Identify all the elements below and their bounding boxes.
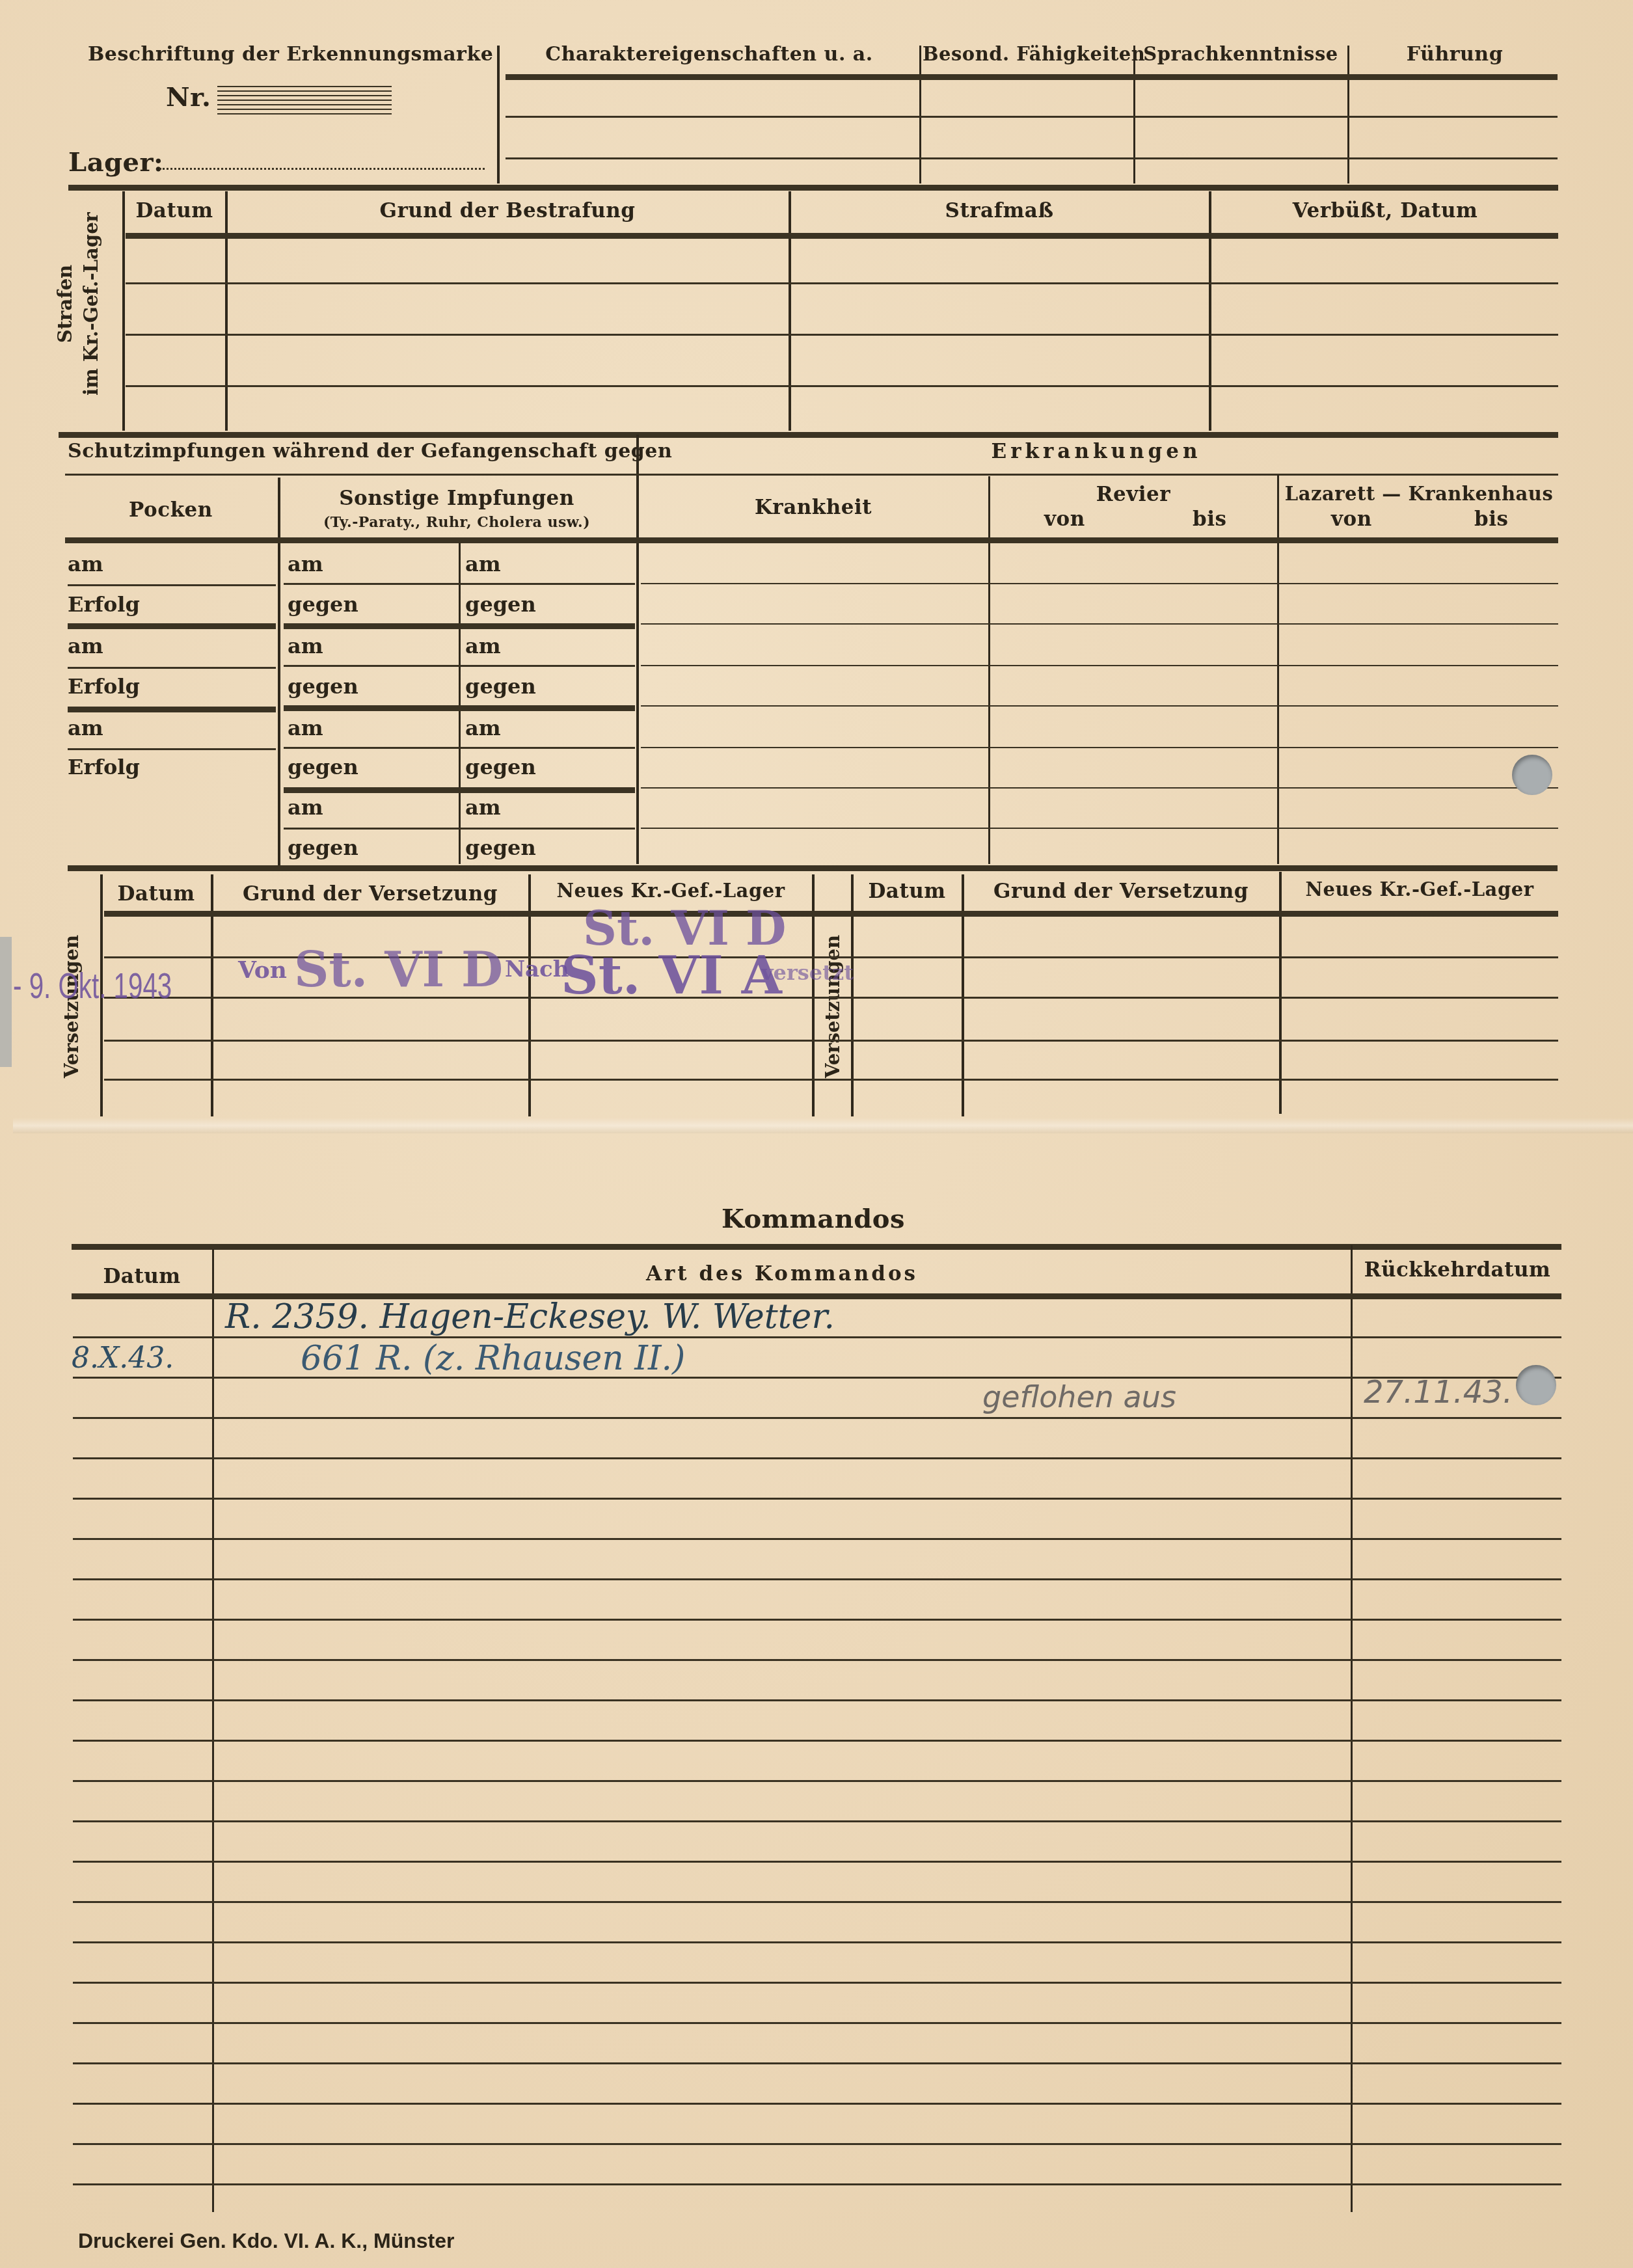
col-datum: Datum — [125, 199, 224, 223]
col-kommando-datum: Datum — [73, 1265, 211, 1288]
pocken-erfolg-3: Erfolg — [68, 755, 140, 779]
divider — [919, 46, 921, 183]
lazarett-von: von — [1331, 507, 1372, 531]
strafen-side-label-1: Strafen — [54, 206, 76, 401]
sonstige-gegen: gegen — [465, 835, 536, 860]
sonstige-am: am — [288, 795, 323, 820]
rule — [73, 1336, 1561, 1338]
rule — [104, 1040, 1558, 1042]
sonstige-am: am — [288, 552, 323, 576]
rule — [73, 1699, 1561, 1701]
col-grund-left: Grund der Versetzung — [213, 882, 527, 906]
pocken-erfolg-2: Erfolg — [68, 674, 140, 699]
divider — [1351, 1245, 1353, 2212]
rule — [284, 828, 635, 830]
rule — [73, 1457, 1561, 1459]
punch-hole — [1512, 755, 1552, 795]
rule — [73, 2022, 1561, 2024]
revier-von: von — [1044, 507, 1085, 531]
stamp-from-camp: St. VI D — [294, 942, 503, 998]
rule — [73, 1820, 1561, 1822]
sonstige-gegen: gegen — [465, 755, 536, 779]
rule — [73, 1377, 1561, 1379]
rule — [506, 157, 1558, 159]
rule — [65, 474, 1558, 476]
printer-imprint: Druckerei Gen. Kdo. VI. A. K., Münster — [78, 2229, 454, 2253]
col-sprachkenntnisse: Sprachkenntnisse — [1136, 43, 1345, 65]
divider — [1277, 475, 1279, 864]
rule — [126, 282, 1558, 284]
rule — [641, 747, 1558, 748]
rule — [506, 74, 1558, 80]
versetzungen-side-label-left: Versetzungen — [61, 922, 83, 1091]
stamp-von: Von — [238, 956, 287, 984]
col-faehigkeiten: Besond. Fähigkeiten — [923, 43, 1132, 65]
divider — [1209, 191, 1211, 431]
col-neues-lager-right: Neues Kr.-Gef.-Lager — [1282, 878, 1558, 900]
revier-bis: bis — [1193, 507, 1226, 531]
col-neues-lager-left: Neues Kr.-Gef.-Lager — [531, 880, 811, 902]
rule — [68, 584, 276, 586]
divider — [1347, 46, 1349, 183]
divider — [459, 543, 461, 864]
col-art-kommandos: Art des Kommandos — [215, 1262, 1349, 1286]
rule — [284, 665, 635, 667]
sonstige-gegen: gegen — [288, 674, 358, 699]
rule — [68, 185, 1558, 191]
rule — [104, 911, 1558, 917]
rule — [73, 1861, 1561, 1863]
pocken-am-2: am — [68, 634, 103, 658]
divider — [789, 191, 791, 431]
col-lazarett: Lazarett — Krankenhaus — [1279, 483, 1559, 505]
scan-edge — [0, 937, 12, 1067]
pocken-am-1: am — [68, 552, 103, 576]
sonstige-am: am — [465, 795, 501, 820]
rule — [284, 623, 635, 629]
pocken-erfolg-1: Erfolg — [68, 592, 140, 617]
nr-label: Nr. — [166, 82, 211, 113]
col-pocken: Pocken — [65, 498, 277, 522]
rule — [68, 865, 1558, 871]
rule — [506, 116, 1558, 118]
versetzungen-side-label-right: Versetzungen — [822, 922, 844, 1091]
rule — [641, 787, 1558, 789]
col-sonstige-sub: (Ty.-Paraty., Ruhr, Cholera usw.) — [281, 514, 632, 531]
rule — [284, 747, 635, 749]
divider — [988, 476, 990, 864]
rule — [73, 1780, 1561, 1782]
rule — [641, 705, 1558, 707]
sonstige-am: am — [465, 552, 501, 576]
col-fuehrung: Führung — [1351, 43, 1559, 66]
rule — [59, 432, 1558, 438]
rule — [104, 1079, 1558, 1081]
rule — [126, 385, 1558, 387]
divider — [225, 191, 228, 431]
divider — [122, 191, 125, 431]
kommando-line-1: R. 2359. Hagen-Eckesey. W. Wetter. — [225, 1297, 835, 1336]
rule — [73, 1901, 1561, 1903]
kommando-line-2: 661 R. (z. Rhausen II.) — [301, 1339, 685, 1378]
stamp-versetzt: versetzt — [761, 960, 854, 985]
col-rueckkehrdatum: Rückkehrdatum — [1353, 1258, 1561, 1282]
sonstige-gegen: gegen — [288, 755, 358, 779]
sonstige-am: am — [465, 634, 501, 658]
rule — [126, 233, 1558, 239]
rule — [73, 1578, 1561, 1580]
rule — [73, 2143, 1561, 2145]
rule — [73, 1498, 1561, 1500]
fold-crease — [13, 1118, 1633, 1133]
rule — [73, 1417, 1561, 1419]
kommandos-title: Kommandos — [586, 1204, 1041, 1234]
nr-number-lines — [217, 86, 392, 116]
stamp-nach: Nach — [505, 956, 569, 982]
rule — [72, 1244, 1561, 1250]
kommando-note: geflohen aus — [982, 1379, 1176, 1414]
rule — [73, 1659, 1561, 1661]
erkrankungen-title: Erkrankungen — [638, 440, 1555, 463]
col-datum-right: Datum — [854, 880, 960, 903]
date-stamp: - 9. Okt. 1943 — [13, 964, 172, 1006]
rule — [68, 707, 276, 712]
rule — [68, 623, 276, 629]
strafen-side-label-2: im Kr.-Gef.-Lager — [80, 206, 102, 401]
impfungen-title: Schutzimpfungen während der Gefangenscha… — [68, 440, 672, 463]
divider — [212, 1249, 214, 2212]
rule — [73, 2183, 1561, 2185]
rule — [73, 1982, 1561, 1984]
col-sonstige: Sonstige Impfungen — [281, 487, 632, 510]
rule — [641, 665, 1558, 666]
rule — [126, 334, 1558, 336]
tag-label: Beschriftung der Erkennungsmarke — [88, 43, 493, 66]
col-datum-left: Datum — [103, 882, 209, 906]
divider — [497, 46, 500, 183]
divider — [1133, 46, 1135, 183]
rule — [73, 1740, 1561, 1742]
rule — [284, 583, 635, 585]
col-krankheit: Krankheit — [638, 496, 989, 519]
rule — [284, 705, 635, 711]
rule — [641, 828, 1558, 829]
rule — [68, 667, 276, 669]
stamp-to-camp: St. VI A — [561, 945, 782, 1006]
rule — [73, 1619, 1561, 1621]
lager-label: Lager: — [68, 147, 163, 178]
col-strafmass: Strafmaß — [791, 199, 1208, 223]
col-grund-right: Grund der Versetzung — [964, 880, 1278, 903]
pocken-am-3: am — [68, 716, 103, 740]
col-grund-bestrafung: Grund der Bestrafung — [228, 199, 787, 223]
col-verbuesst: Verbüßt, Datum — [1211, 199, 1559, 223]
lager-dotted-field[interactable] — [159, 168, 485, 170]
kommando-return-date: 27.11.43. — [1364, 1374, 1513, 1411]
sonstige-am: am — [288, 634, 323, 658]
punch-hole — [1516, 1365, 1556, 1405]
rule — [65, 537, 1558, 543]
rule — [73, 2103, 1561, 2105]
sonstige-gegen: gegen — [465, 592, 536, 617]
rule — [284, 787, 635, 793]
rule — [73, 2062, 1561, 2064]
kommando-date: 8.X.43. — [72, 1342, 174, 1375]
divider — [278, 478, 280, 865]
divider — [1279, 872, 1282, 1114]
rule — [641, 623, 1558, 625]
rule — [73, 1941, 1561, 1943]
sonstige-gegen: gegen — [288, 835, 358, 860]
sonstige-am: am — [288, 716, 323, 740]
col-revier: Revier — [990, 483, 1276, 506]
rule — [641, 583, 1558, 584]
form-card — [0, 0, 1633, 2268]
sonstige-gegen: gegen — [288, 592, 358, 617]
lazarett-bis: bis — [1474, 507, 1508, 531]
rule — [68, 748, 276, 750]
sonstige-gegen: gegen — [465, 674, 536, 699]
rule — [73, 1538, 1561, 1540]
col-charakter: Charaktereigenschaften u. a. — [501, 43, 917, 66]
sonstige-am: am — [465, 716, 501, 740]
